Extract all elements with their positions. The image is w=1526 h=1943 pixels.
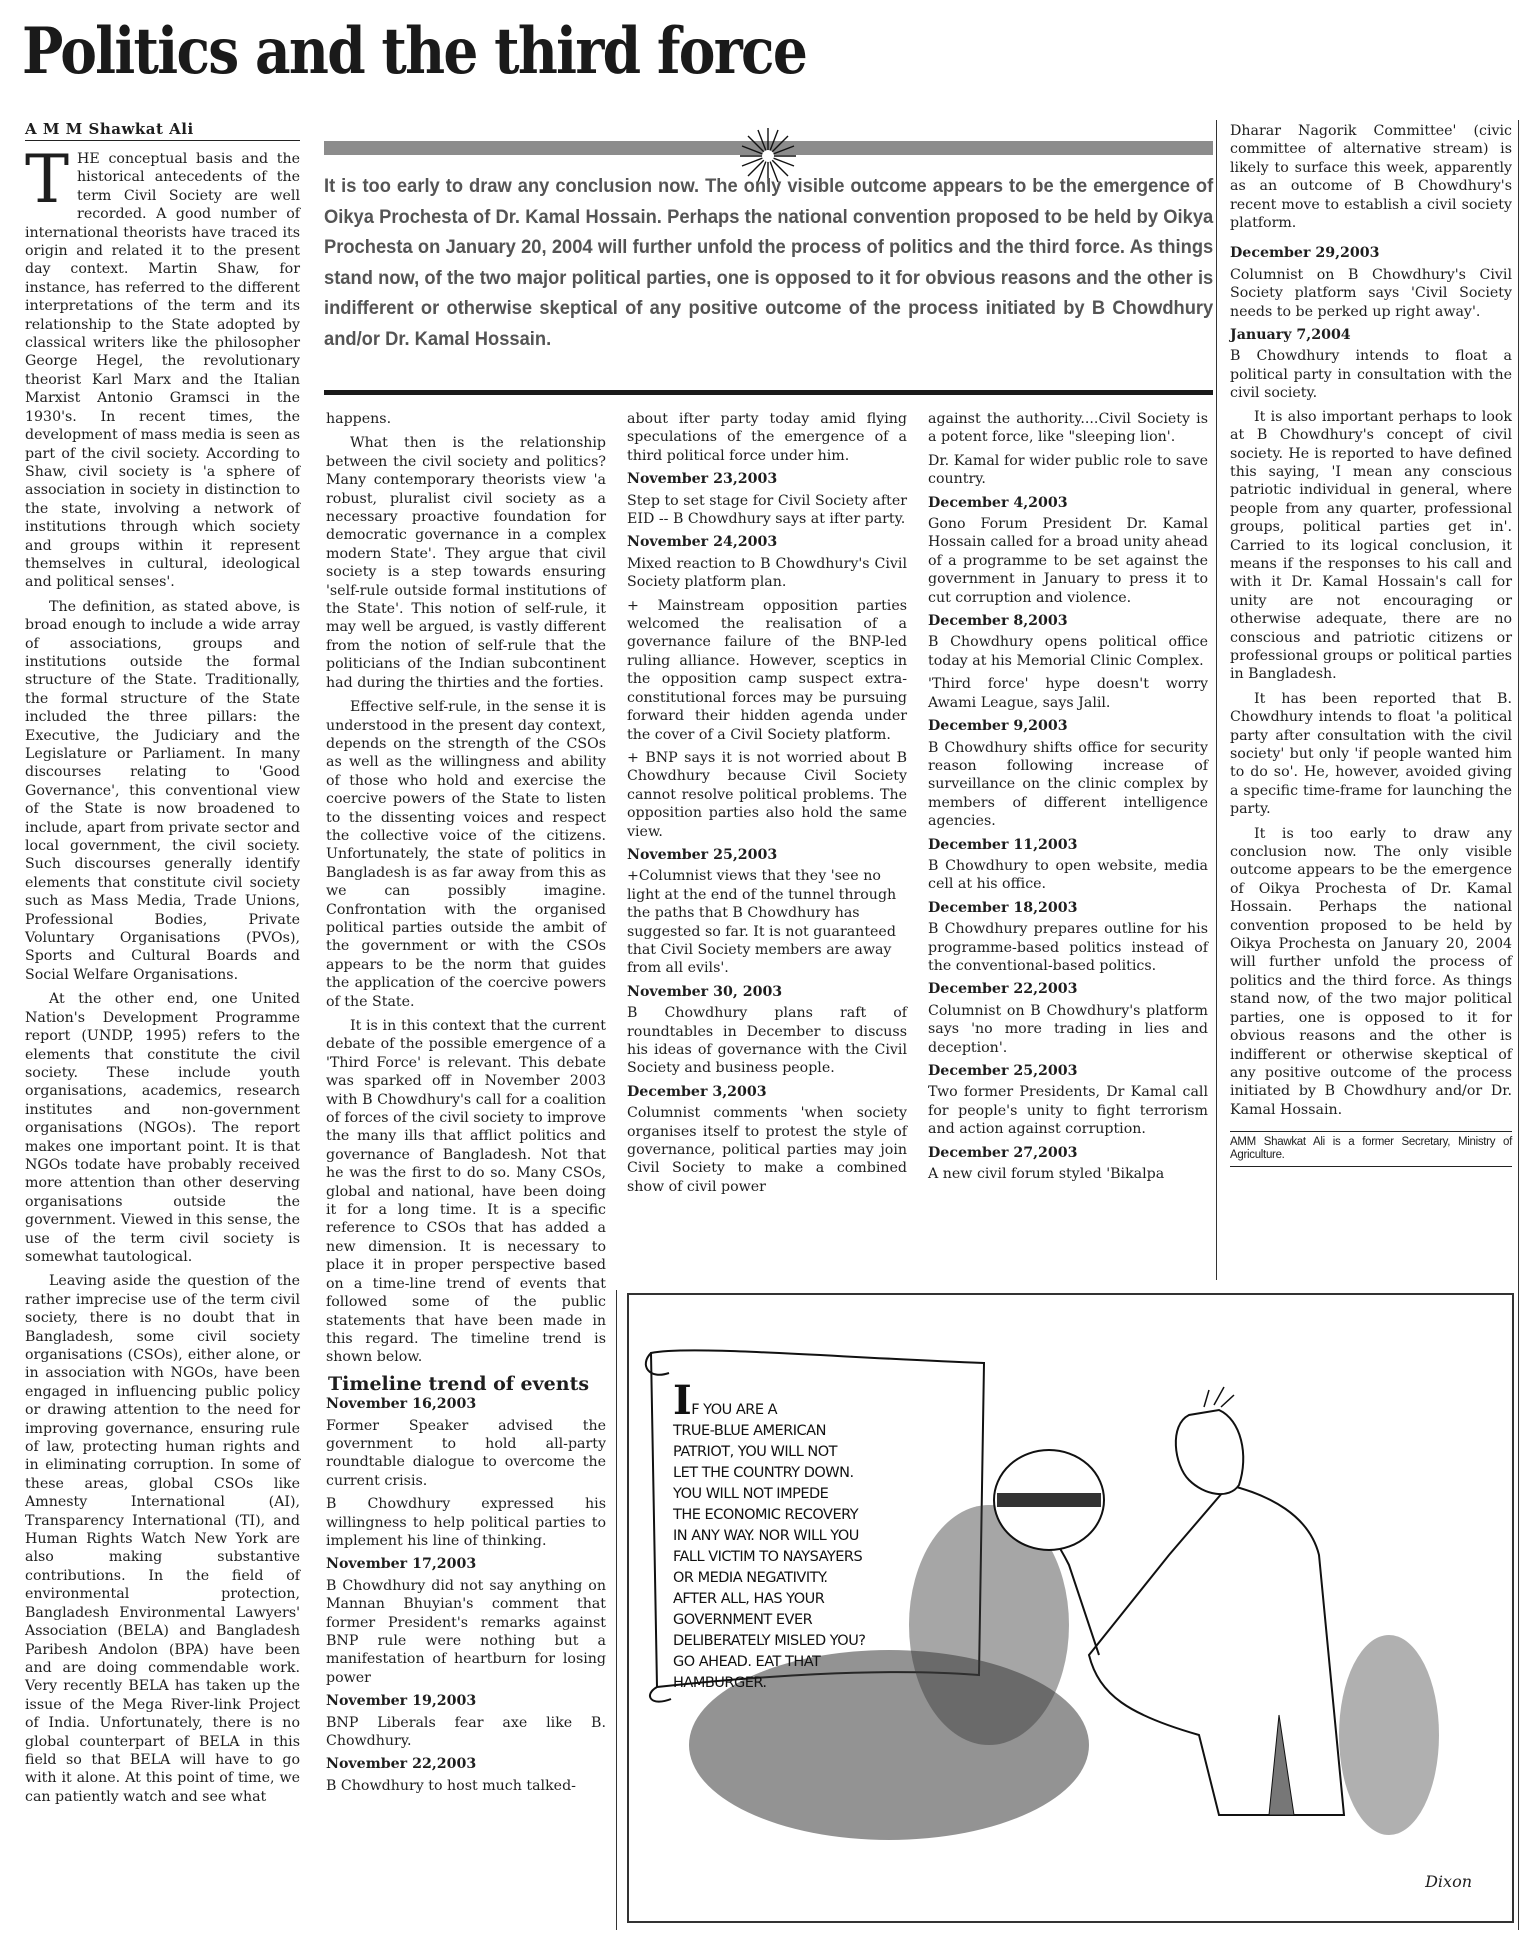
editorial-cartoon: IF YOU ARE A TRUE-BLUE AMERICAN PATRIOT,… [627,1293,1514,1923]
author-note: AMM Shawkat Ali is a former Secretary, M… [1230,1131,1512,1167]
column-1: THE conceptual basis and the historical … [25,150,300,1812]
timeline-entry: Columnist on B Chowdhury's Civil Society… [1230,266,1512,321]
timeline-entry: against the authority....Civil Society i… [928,410,1208,447]
timeline-entry: BNP Liberals fear axe like B. Chowdhury. [326,1714,606,1751]
timeline-date: November 30, 2003 [627,983,907,1001]
timeline-entry: B Chowdhury to open website, media cell … [928,857,1208,894]
column-3: about ifter party today amid flying spec… [627,410,907,1201]
timeline-entry: B Chowdhury expressed his willingness to… [326,1495,606,1550]
paragraph: It is too early to draw any conclusion n… [1230,825,1512,1120]
timeline-date: November 17,2003 [326,1555,606,1573]
headline: Politics and the third force [22,20,806,84]
column-2: happens. What then is the relationship b… [326,410,606,1800]
timeline-date: November 23,2003 [627,470,907,488]
timeline-entry: Dharar Nagorik Committee' (civic committ… [1230,122,1512,232]
timeline-entry: Mixed reaction to B Chowdhury's Civil So… [627,555,907,592]
timeline-date: December 22,2003 [928,980,1208,998]
timeline-entry: 'Third force' hype doesn't worry Awami L… [928,675,1208,712]
timeline-entry: Columnist comments 'when society organis… [627,1104,907,1196]
paragraph: The definition, as stated above, is broa… [25,598,300,985]
paragraph: Leaving aside the question of the rather… [25,1272,300,1806]
timeline-date: December 27,2003 [928,1144,1208,1162]
timeline-date: December 11,2003 [928,836,1208,854]
byline: A M M Shawkat Ali [25,120,300,141]
timeline-date: December 18,2003 [928,899,1208,917]
column-divider [1216,120,1217,1280]
timeline-entry: Two former Presidents, Dr Kamal call for… [928,1083,1208,1138]
cartoonist-signature: Dixon [1425,1872,1472,1891]
timeline-date: December 25,2003 [928,1062,1208,1080]
timeline-entry: Columnist on B Chowdhury's platform says… [928,1002,1208,1057]
column-5: Dharar Nagorik Committee' (civic committ… [1230,122,1512,1167]
timeline-date: December 8,2003 [928,612,1208,630]
timeline-date: November 25,2003 [627,846,907,864]
timeline-entry: Step to set stage for Civil Society afte… [627,492,907,529]
paragraph: What then is the relationship between th… [326,434,606,692]
timeline-entry: B Chowdhury plans raft of roundtables in… [627,1004,907,1078]
timeline-date: January 7,2004 [1230,326,1512,344]
timeline-entry: about ifter party today amid flying spec… [627,410,907,465]
timeline-date: December 3,2003 [627,1083,907,1101]
timeline-entry: A new civil forum styled 'Bikalpa [928,1165,1208,1183]
timeline-entry: B Chowdhury intends to float a political… [1230,347,1512,402]
column-4: against the authority....Civil Society i… [928,410,1208,1188]
timeline-entry: B Chowdhury to host much talked- [326,1777,606,1795]
paragraph: At the other end, one United Nation's De… [25,990,300,1266]
timeline-date: December 4,2003 [928,494,1208,512]
timeline-entry: + BNP says it is not worried about B Cho… [627,749,907,841]
timeline-date: November 16,2003 [326,1395,606,1413]
column-divider [616,1290,617,1930]
paragraph: Effective self-rule, in the sense it is … [326,698,606,1011]
pull-quote-text: It is too early to draw any conclusion n… [324,171,1213,354]
timeline-heading: Timeline trend of events [328,1375,606,1393]
timeline-entry: Former Speaker advised the government to… [326,1417,606,1491]
divider [324,390,1213,395]
timeline-entry: + Mainstream opposition parties welcomed… [627,597,907,744]
timeline-date: November 24,2003 [627,533,907,551]
column-divider [1518,120,1519,1930]
timeline-entry: B Chowdhury did not say anything on Mann… [326,1577,606,1687]
paragraph: It is also important perhaps to look at … [1230,408,1512,684]
timeline-entry: B Chowdhury shifts office for security r… [928,739,1208,831]
paragraph: happens. [326,410,606,428]
cartoon-sign-text: IF YOU ARE A TRUE-BLUE AMERICAN PATRIOT,… [673,1390,866,1694]
timeline-entry: Gono Forum President Dr. Kamal Hossain c… [928,515,1208,607]
timeline-entry: +Columnist views that they 'see no light… [627,867,907,977]
timeline-entry: Dr. Kamal for wider public role to save … [928,452,1208,489]
paragraph: THE conceptual basis and the historical … [25,150,300,592]
paragraph: It is in this context that the current d… [326,1017,606,1367]
timeline-date: December 9,2003 [928,717,1208,735]
timeline-date: December 29,2003 [1230,244,1512,262]
paragraph: It has been reported that B. Chowdhury i… [1230,690,1512,819]
timeline-date: November 19,2003 [326,1692,606,1710]
drop-cap: T [25,154,69,206]
timeline-date: November 22,2003 [326,1755,606,1773]
pull-quote: It is too early to draw any conclusion n… [324,128,1213,354]
timeline-entry: B Chowdhury prepares outline for his pro… [928,920,1208,975]
timeline-entry: B Chowdhury opens political office today… [928,633,1208,670]
